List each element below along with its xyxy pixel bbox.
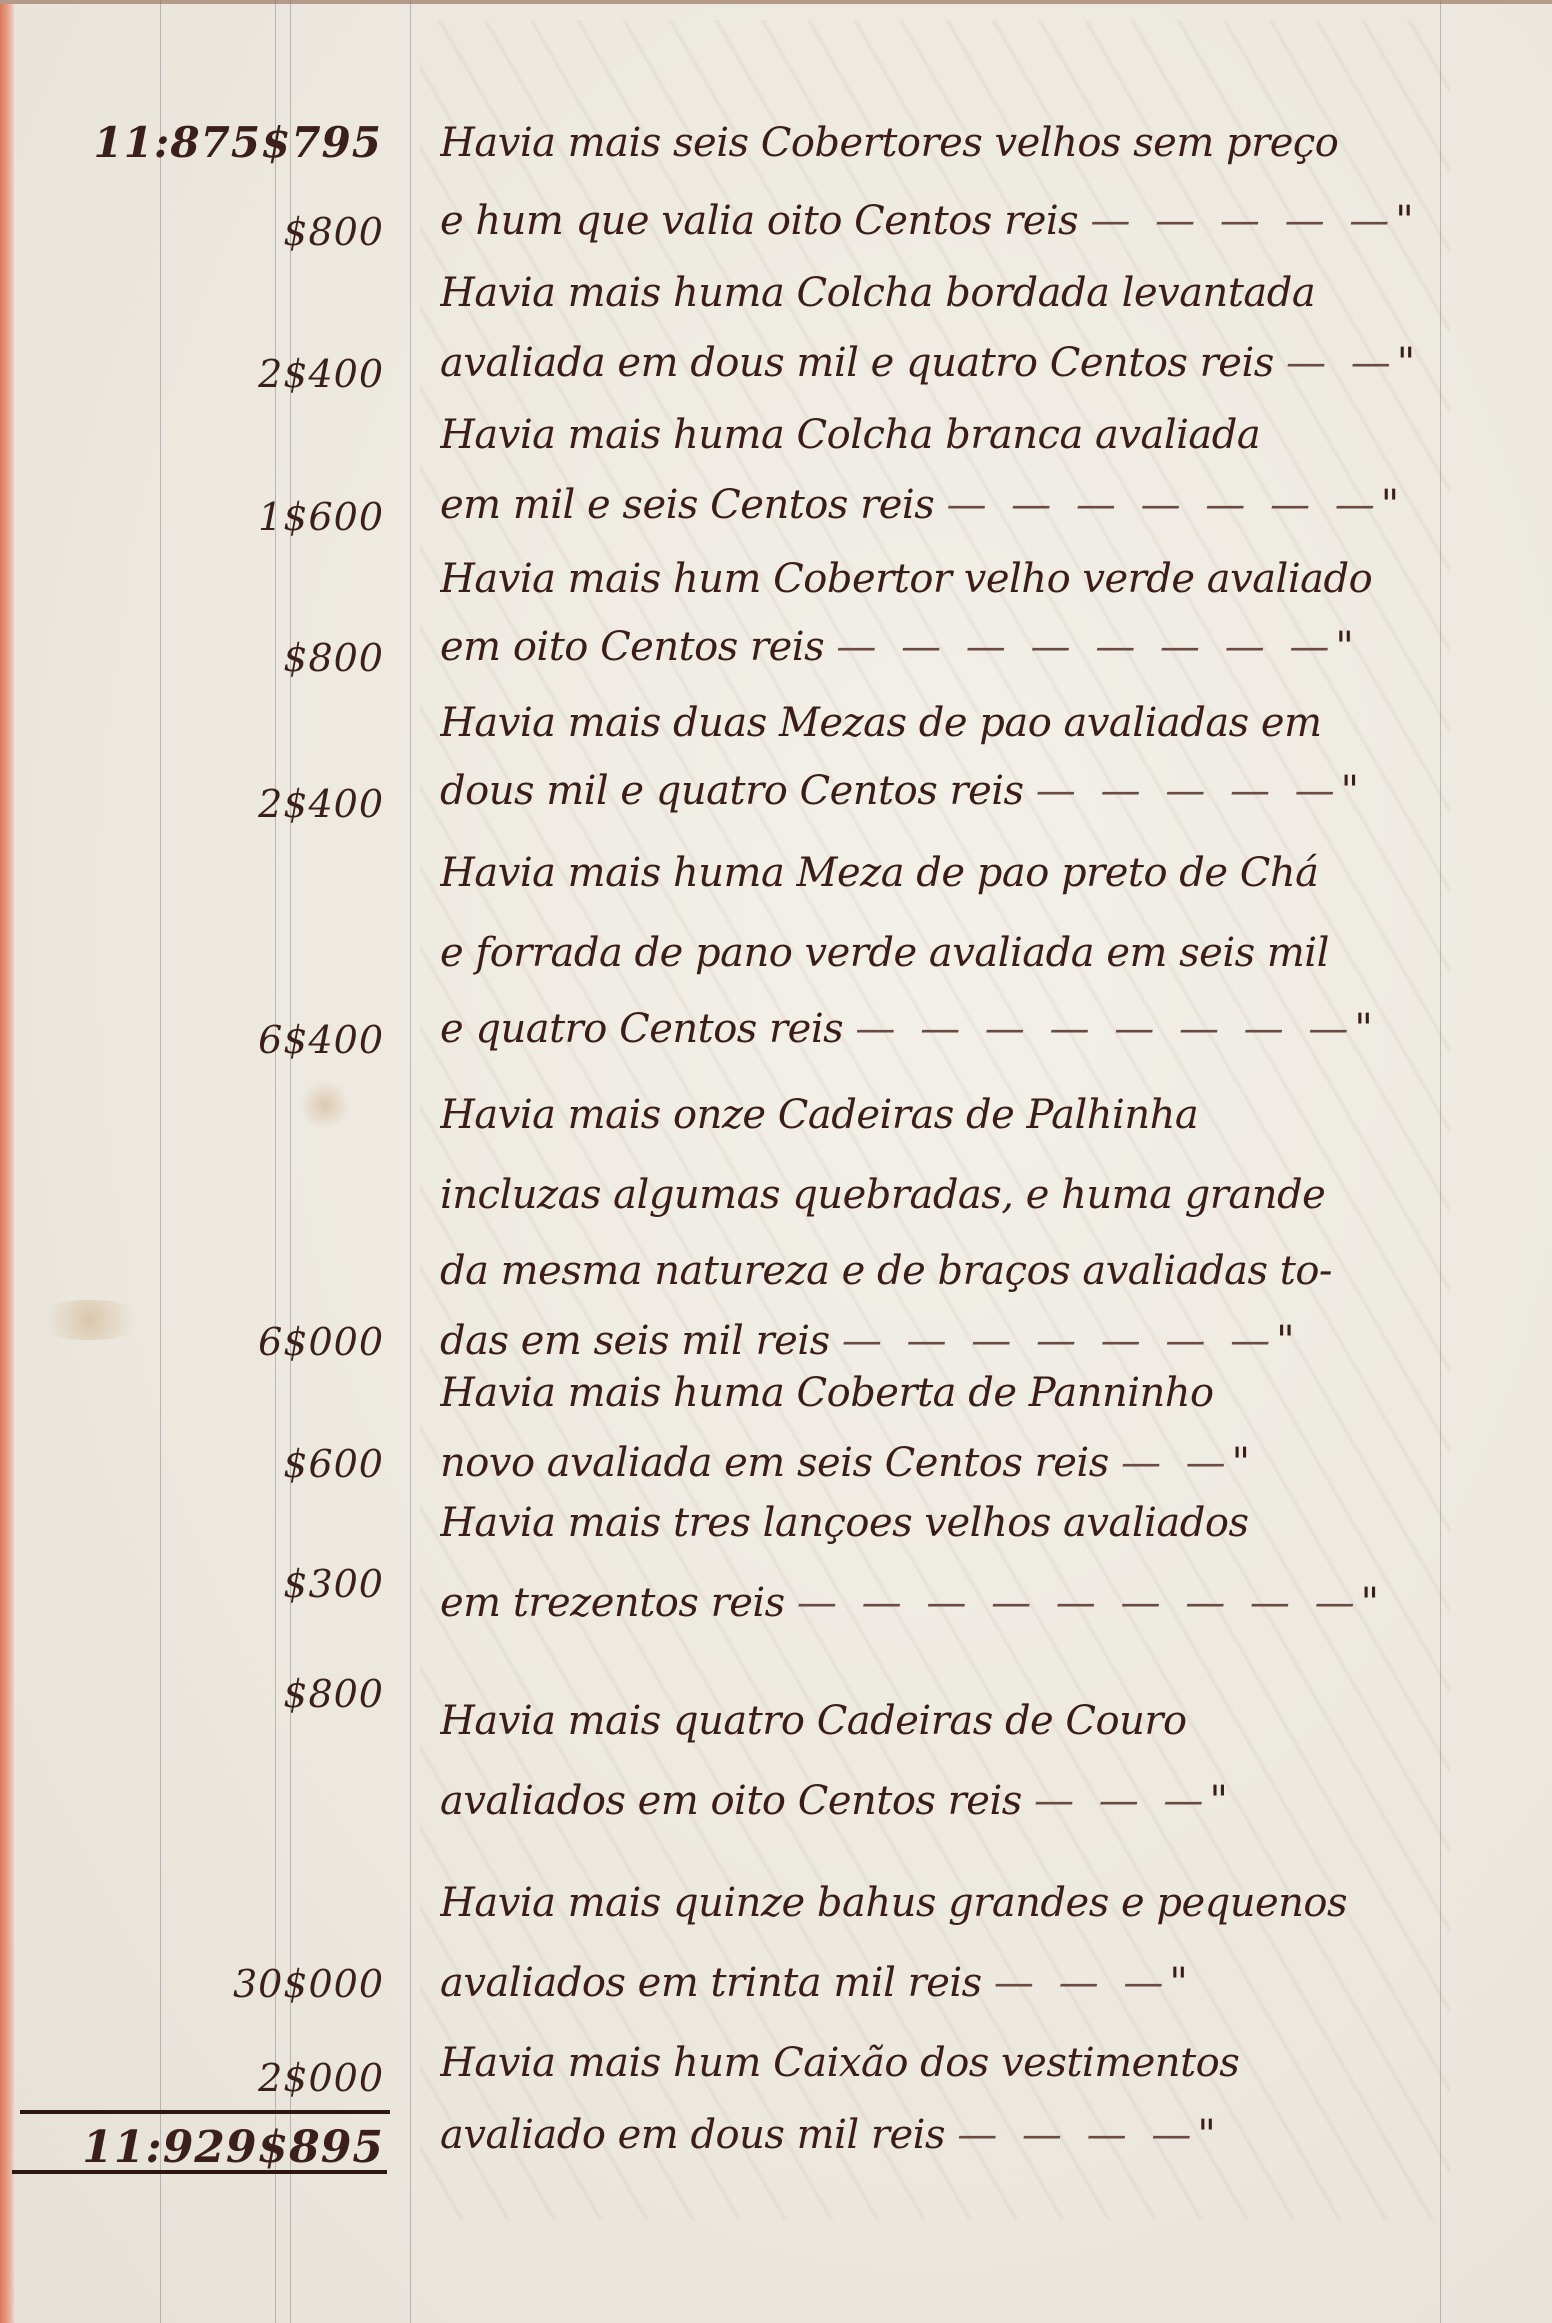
entry-amount: 2$400 [258, 782, 384, 826]
entry-line: Havia mais huma Meza de pao preto de Chá [440, 850, 1420, 896]
entry-line: Havia mais onze Cadeiras de Palhinha [440, 1092, 1420, 1138]
page-total-amount: 11:929$895 [82, 2122, 384, 2173]
entry-amount: $600 [283, 1442, 384, 1486]
entry-amount: 1$600 [258, 495, 384, 539]
entry-line: em oito Centos reis — — — — — — — —" [440, 624, 1420, 670]
entry-line: Havia mais huma Colcha branca avaliada [440, 412, 1420, 458]
entry-line: novo avaliada em seis Centos reis — —" [440, 1440, 1420, 1486]
ruling-line [410, 0, 411, 2323]
carried-forward-amount: 11:875$795 [93, 118, 382, 167]
stain [30, 1300, 150, 1340]
entry-line: incluzas algumas quebradas, e huma grand… [440, 1172, 1420, 1218]
page-top-edge [0, 0, 1552, 4]
manuscript-page: 11:875$795 $800 2$400 1$600 $800 2$400 6… [0, 0, 1552, 2323]
entry-line: e quatro Centos reis — — — — — — — —" [440, 1006, 1420, 1052]
entry-amount: $800 [283, 1672, 384, 1716]
entry-amount: 2$000 [258, 2056, 384, 2100]
entry-amount: 30$000 [233, 1962, 384, 2006]
entry-line: Havia mais seis Cobertores velhos sem pr… [440, 120, 1420, 166]
entry-line: avaliados em trinta mil reis — — —" [440, 1960, 1420, 2006]
stain [300, 1080, 350, 1130]
ruling-line [160, 0, 161, 2323]
entry-amount: $800 [283, 636, 384, 680]
entry-line: e forrada de pano verde avaliada em seis… [440, 930, 1420, 976]
entry-amount: 6$400 [258, 1018, 384, 1062]
entry-line: Havia mais quatro Cadeiras de Couro [440, 1698, 1420, 1744]
entry-line: em mil e seis Centos reis — — — — — — —" [440, 482, 1420, 528]
entry-line: Havia mais tres lançoes velhos avaliados [440, 1500, 1420, 1546]
binding-edge [0, 0, 14, 2323]
entry-amount: 6$000 [258, 1320, 384, 1364]
entry-line: avaliada em dous mil e quatro Centos rei… [440, 340, 1420, 386]
entry-line: Havia mais hum Caixão dos vestimentos [440, 2040, 1420, 2086]
entry-line: dous mil e quatro Centos reis — — — — —" [440, 768, 1420, 814]
total-rule-top [20, 2110, 390, 2114]
entry-amount: $300 [283, 1562, 384, 1606]
ruling-line [1440, 0, 1441, 2323]
entry-amount: $800 [283, 210, 384, 254]
entry-line: Havia mais hum Cobertor velho verde aval… [440, 556, 1420, 602]
entry-line: Havia mais duas Mezas de pao avaliadas e… [440, 700, 1420, 746]
entry-line: avaliado em dous mil reis — — — —" [440, 2112, 1420, 2158]
entry-line: das em seis mil reis — — — — — — —" [440, 1318, 1420, 1364]
entry-line: Havia mais huma Colcha bordada levantada [440, 270, 1420, 316]
entry-amount: 2$400 [258, 352, 384, 396]
entry-line: avaliados em oito Centos reis — — —" [440, 1778, 1420, 1824]
entry-line: da mesma natureza e de braços avaliadas … [440, 1248, 1420, 1294]
entry-line: e hum que valia oito Centos reis — — — —… [440, 198, 1420, 244]
entry-line: Havia mais huma Coberta de Panninho [440, 1370, 1420, 1416]
total-rule-bottom [12, 2170, 387, 2174]
entry-line: Havia mais quinze bahus grandes e pequen… [440, 1880, 1420, 1926]
entry-line: em trezentos reis — — — — — — — — —" [440, 1580, 1420, 1626]
